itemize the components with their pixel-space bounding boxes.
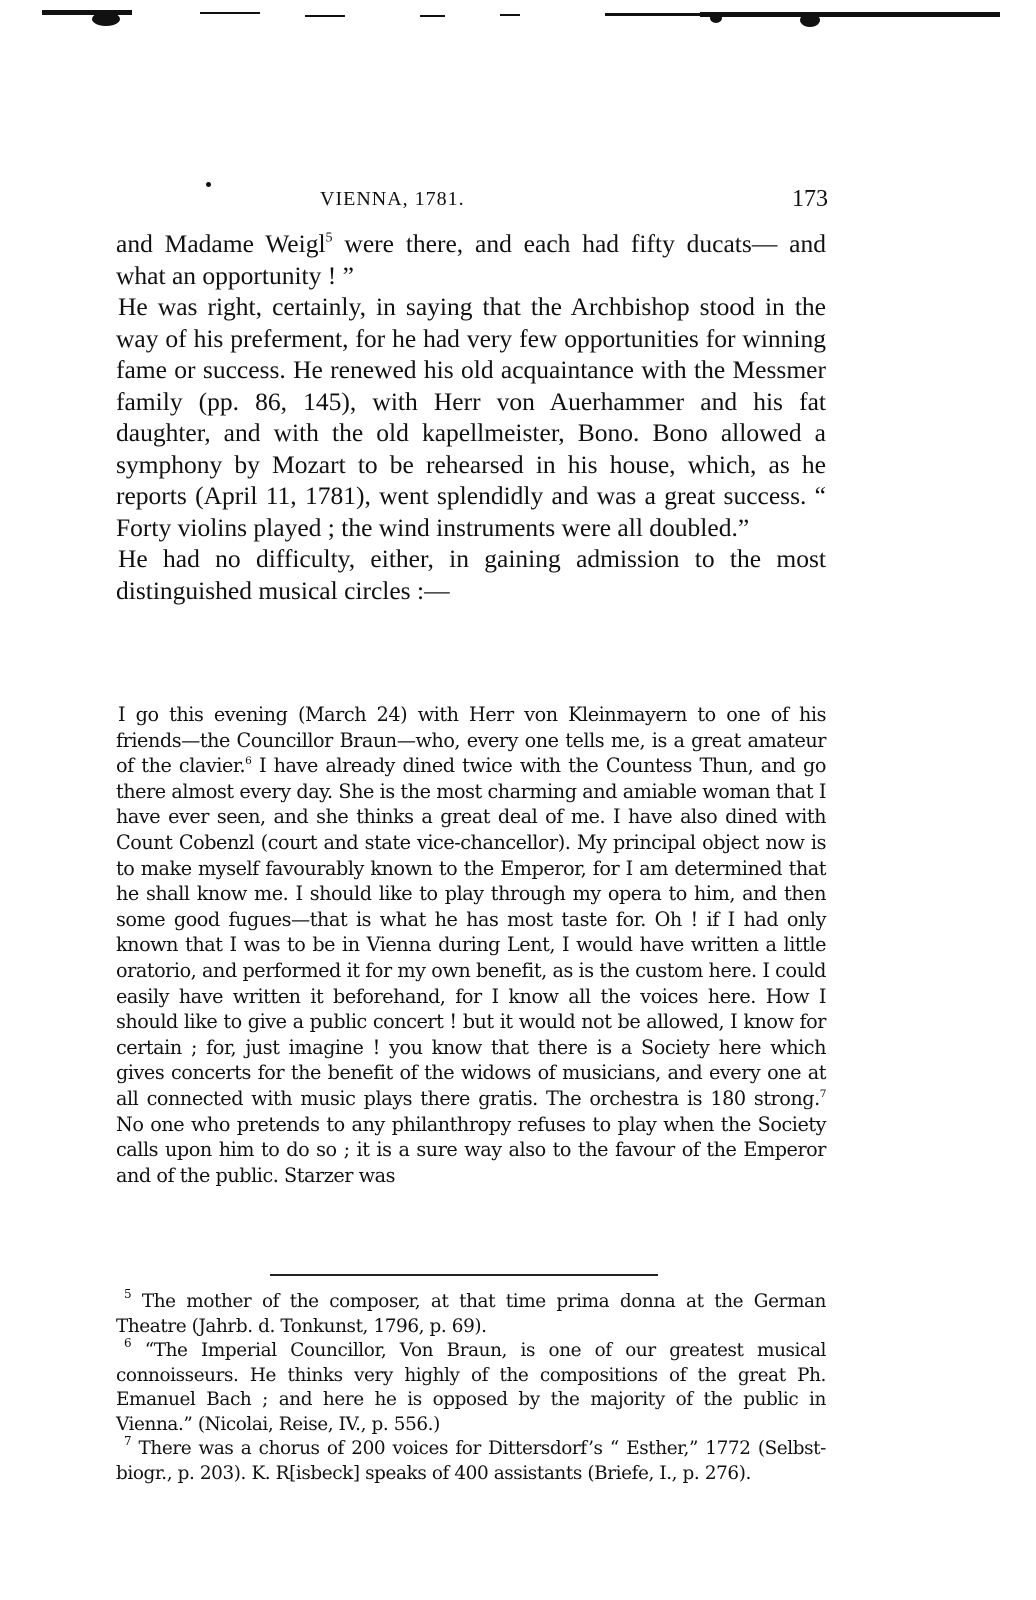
scan-edge-artifacts (0, 0, 1036, 30)
paragraph: He was right, certainly, in saying that … (116, 291, 826, 543)
main-text: and Madame Weigl5 were there, and each h… (116, 228, 826, 606)
footnote-divider (270, 1274, 658, 1276)
footnote-5: 5 The mother of the composer, at that ti… (116, 1290, 826, 1339)
footnotes: 5 The mother of the composer, at that ti… (116, 1290, 826, 1486)
page-number: 173 (792, 186, 828, 213)
paragraph: He had no difficulty, either, in gaining… (116, 543, 826, 606)
footnote-ref-7[interactable]: 7 (820, 1088, 826, 1100)
paragraph-continued: and Madame Weigl5 were there, and each h… (116, 228, 826, 291)
running-head: VIENNA, 1781. (320, 188, 465, 211)
footnote-ref-5[interactable]: 5 (326, 230, 333, 245)
footnote-7: 7 There was a chorus of 200 voices for D… (116, 1437, 826, 1486)
letter-quotation: I go this evening (March 24) with Herr v… (116, 702, 826, 1188)
scan-speck (206, 182, 211, 187)
footnote-6: 6 “The Imperial Councillor, Von Braun, i… (116, 1339, 826, 1437)
